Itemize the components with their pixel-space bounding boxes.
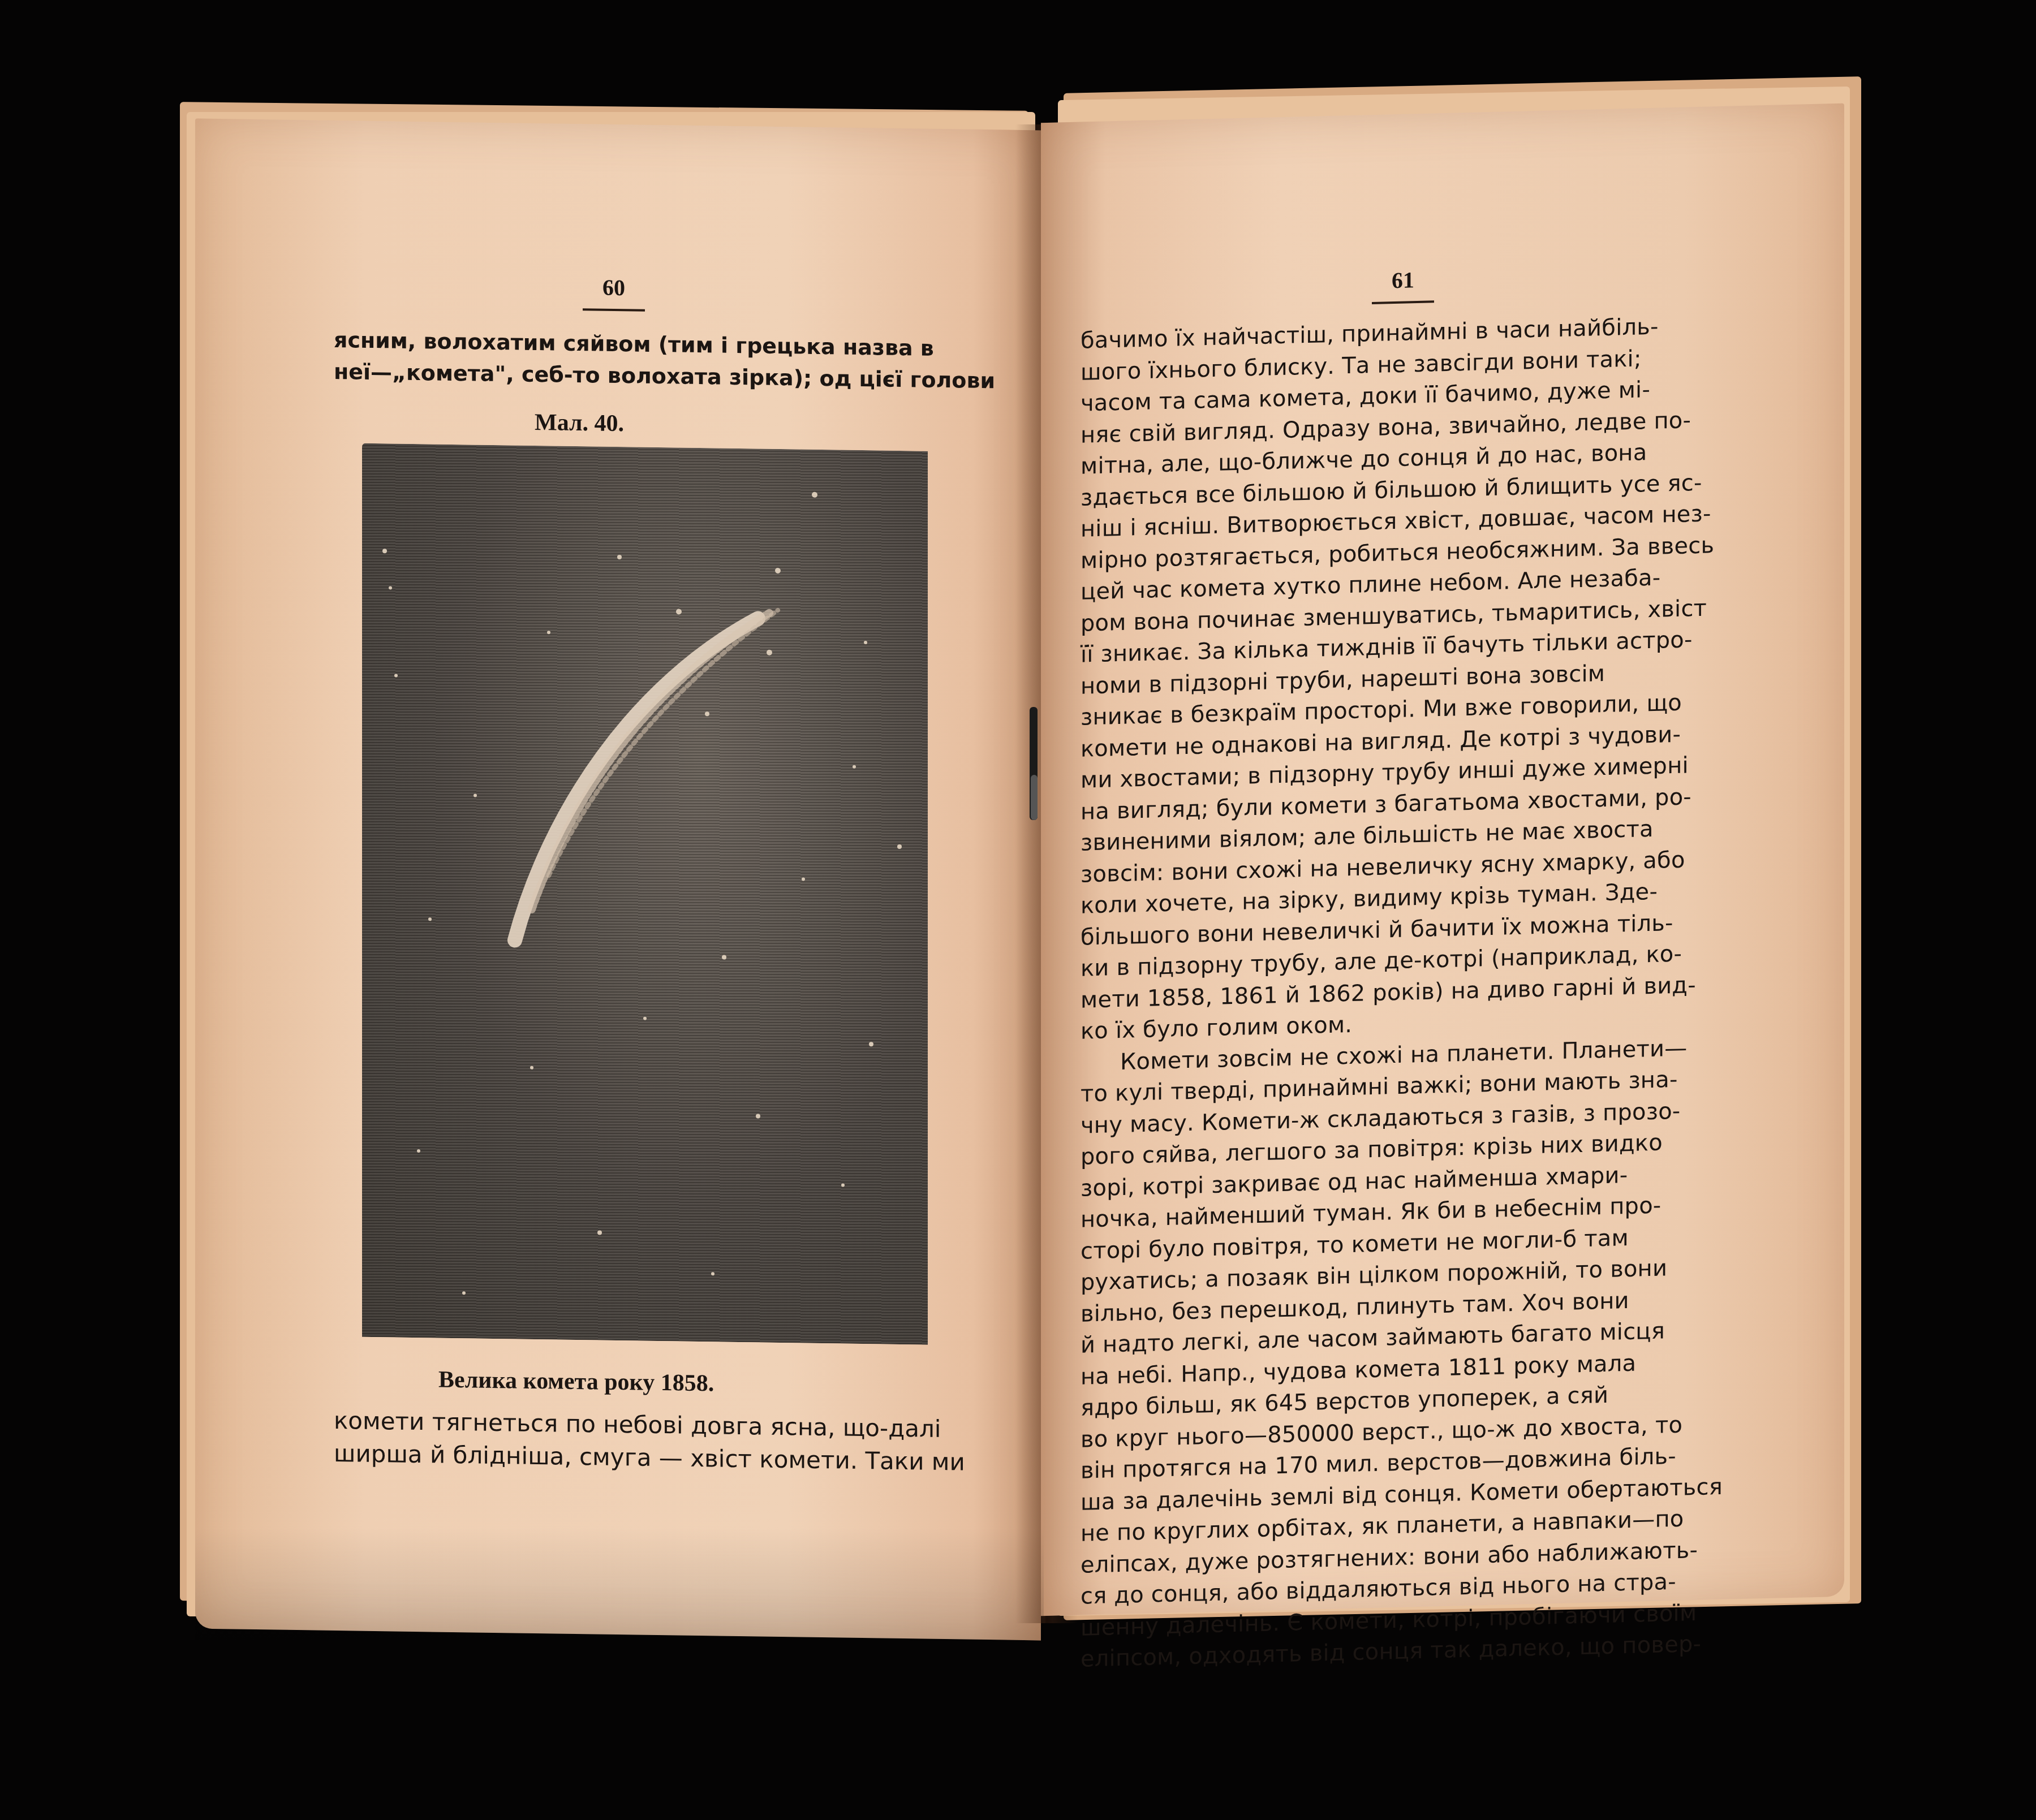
- left-page: 60 ясним, волохатим сяйвом (тим і грецьк…: [195, 119, 1041, 1641]
- page-number-left: 60: [557, 273, 670, 312]
- binding-staple-highlight: [1031, 775, 1038, 820]
- left-page-top-text: ясним, волохатим сяйвом (тим і грецька н…: [334, 324, 916, 395]
- right-page: 61 бачимо їх найчастіш, принаймні в часи…: [1041, 103, 1844, 1616]
- page-number-right: 61: [1346, 265, 1460, 305]
- figure-label: Мал. 40.: [535, 409, 624, 437]
- left-page-bottom-text: комети тягнеться по небові довга ясна, щ…: [334, 1404, 922, 1478]
- comet-engraving-figure: [362, 443, 928, 1345]
- open-book: 60 ясним, волохатим сяйвом (тим і грецьк…: [0, 0, 2036, 1820]
- page-bottom-shadow: [195, 1527, 1044, 1640]
- comet-engraving-icon: [362, 443, 928, 1345]
- figure-caption: Велика комета року 1858.: [438, 1366, 714, 1398]
- right-page-text: бачимо їх найчастіш, принаймні в часи на…: [1081, 311, 1680, 1675]
